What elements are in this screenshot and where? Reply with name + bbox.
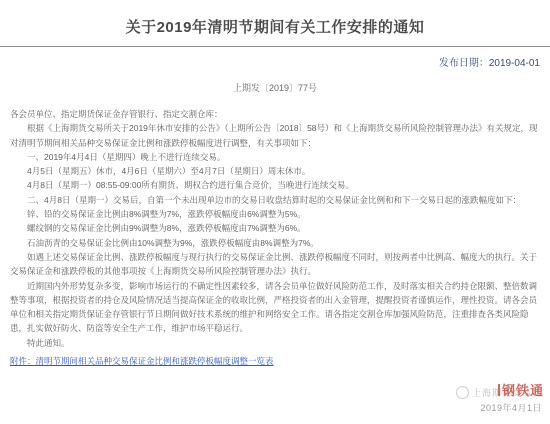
issuer-name: 上海期货交易所	[472, 386, 542, 399]
attachment-link[interactable]: 附件：清明节期间相关品种交易保证金比例和涨跌停板幅度调整一览表	[10, 354, 274, 368]
title-divider	[0, 46, 550, 47]
notice-paragraph: 特此通知。	[10, 336, 540, 350]
notice-paragraph: 近期国内外形势复杂多变，影响市场运行的不确定性因素较多，请各会员单位做好风险防范…	[10, 279, 540, 336]
notice-paragraph: 4月5日（星期五）休市，4月6日（星期六）至4月7日（星期日）周末休市。	[10, 164, 540, 178]
notice-paragraph: 如遇上述交易保证金比例、涨跌停板幅度与现行执行的交易保证金比例、涨跌停板幅度不同…	[10, 250, 540, 279]
notice-paragraph: 石油沥青的交易保证金比例由10%调整为9%，涨跌停板幅度由8%调整为7%。	[10, 236, 540, 250]
notice-paragraph: 一、2019年4月4日（星期四）晚上不进行连续交易。	[10, 150, 540, 164]
notice-paragraph: 二、4月8日（星期一）交易后，自第一个未出现单边市的交易日收盘结算时起的交易保证…	[10, 193, 540, 207]
notice-paragraph: 锌、铅的交易保证金比例由8%调整为7%，涨跌停板幅度由6%调整为5%。	[10, 207, 540, 221]
salutation: 各会员单位、指定期货保证金存管银行、指定交割仓库：	[10, 107, 540, 121]
signature-block: 上海期货交易所 钢铁通 2019年4月1日	[456, 384, 542, 414]
publish-date: 发布日期：2019-04-01	[10, 54, 540, 69]
notice-paragraph: 4月8日（星期一）08:55-09:00所有期货、期权合约进行集合竞价，当晚进行…	[10, 178, 540, 192]
doc-number: 上期发〔2019〕77号	[10, 81, 540, 94]
issuer-row: 上海期货交易所 钢铁通	[456, 384, 542, 400]
notice-title: 关于2019年清明节期间有关工作安排的通知	[10, 16, 540, 37]
notice-paragraph: 螺纹钢的交易保证金比例由9%调整为8%，涨跌停板幅度由7%调整为6%。	[10, 221, 540, 235]
notice-body: 各会员单位、指定期货保证金存管银行、指定交割仓库： 根据《上海期货交易所关于20…	[10, 107, 540, 350]
notice-document: 关于2019年清明节期间有关工作安排的通知 发布日期：2019-04-01 上期…	[0, 0, 550, 424]
shfe-logo-icon	[456, 386, 469, 399]
notice-paragraph: 根据《上海期货交易所关于2019年休市安排的公告》（上期所公告〔2018〕58号…	[10, 121, 540, 150]
signature-date: 2019年4月1日	[456, 401, 542, 414]
